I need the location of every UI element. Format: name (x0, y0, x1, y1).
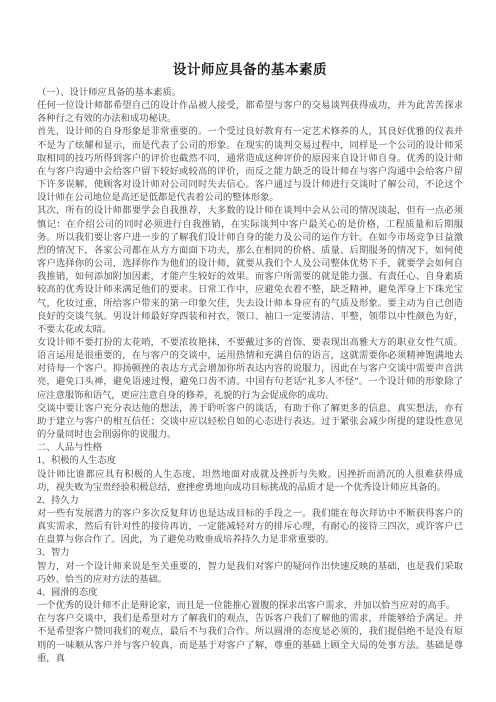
document-paragraph: 任何一位设计师都希望自己的设计作品被人接受，都希望与客户的交易谈判获得成功，并为… (37, 100, 463, 126)
document-paragraph: 交谈中要让客户充分表达他的想法，善于聆听客户的谈话，有助于你了解更多的信息，真实… (37, 403, 463, 442)
document-paragraph: 首先，设计师的自身形象是非常重要的。一个受过良好教育有一定艺术修养的人，其良好优… (37, 126, 463, 205)
document-paragraph: 一个优秀的设计师不止是辩论家，而且是一位能推心置腹的探求出客户需求，并加以恰当应… (37, 600, 463, 613)
document-body: （一）、设计师应具备的基本素质。任何一位设计师都希望自己的设计作品被人接受，都希… (37, 87, 463, 666)
document-paragraph: 设计师比谁都应具有积极的人生态度，坦然地面对成就及挫折与失败。因挫折而消沉的人很… (37, 469, 463, 495)
document-page: 设计师应具备的基本素质 （一）、设计师应具备的基本素质。任何一位设计师都希望自己… (0, 0, 496, 702)
document-paragraph: 在与客户交谈中，我们是希望对方了解我们的观点，告诉客户我们了解他的需求，并能够给… (37, 613, 463, 666)
document-paragraph: （一）、设计师应具备的基本素质。 (37, 87, 463, 100)
document-paragraph: 2、持久力 (37, 495, 463, 508)
document-paragraph: 1、积极的人生态度 (37, 455, 463, 468)
document-paragraph: 二、人品与性格 (37, 442, 463, 455)
document-title: 设计师应具备的基本素质 (37, 58, 463, 78)
document-paragraph: 智力，对一个设计师来说是至关重要的，智力是我们对客户的疑问作出快速反映的基础，也… (37, 561, 463, 587)
document-paragraph: 其次，所有的设计师都要学会自我推荐，大多数的设计师在谈判中会从公司的情况谈起，但… (37, 205, 463, 337)
document-paragraph: 对一些有发展潜力的客户多次反复拜访也是达成目标的手段之一。我们能在每次拜访中不断… (37, 508, 463, 547)
document-paragraph: 4、圆滑的态度 (37, 587, 463, 600)
document-paragraph: 3、智力 (37, 547, 463, 560)
document-paragraph: 女设计师不要打扮的太花哨，不要浓妆艳抹，不要戴过多的首饰、要表现出高雅大方的职业… (37, 337, 463, 403)
